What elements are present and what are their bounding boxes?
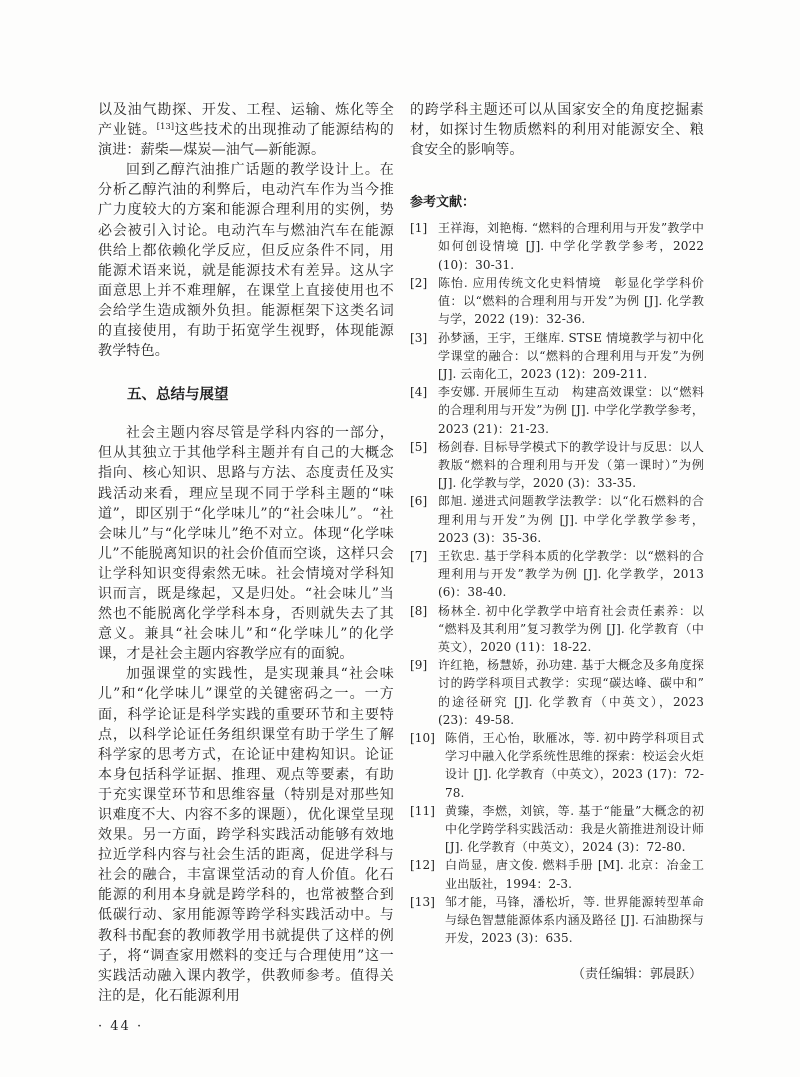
reference-number: [7] [410, 547, 427, 565]
reference-item: [5]杨剑春. 目标导学模式下的教学设计与反思：以人教版“燃料的合理利用与开发（… [410, 438, 704, 493]
reference-item: [4]李安娜. 开展师生互动 构建高效课堂：以“燃料的合理利用与开发”为例 [J… [410, 383, 704, 438]
reference-item: [12]白尚显，唐文俊. 燃料手册 [M]. 北京：冶金工业出版社，1994：2… [410, 856, 704, 892]
reference-number: [8] [410, 602, 427, 620]
reference-number: [2] [410, 274, 427, 292]
reference-text: 孙梦涵，王宇，王继库. STSE 情境教学与初中化学课堂的融合：以“燃料的合理利… [438, 331, 704, 381]
reference-item: [11]黄臻，李燃，刘镔，等. 基于“能量”大概念的初中化学跨学科实践活动：我是… [410, 802, 704, 857]
reference-item: [1]王祥海，刘艳梅. “燃料的合理利用与开发”教学中如何创设情境 [J]. 中… [410, 219, 704, 274]
reference-text: 许红艳，杨慧娇，孙功建. 基于大概念及多角度探讨的跨学科项目式教学：实现“碳达峰… [438, 658, 704, 727]
editor-note: （责任编辑：郭晨跃） [410, 963, 704, 982]
reference-item: [2]陈怡. 应用传统文化史料情境 彰显化学学科价值：以“燃料的合理利用与开发”… [410, 274, 704, 329]
section-heading: 五、总结与展望 [98, 383, 394, 404]
reference-item: [13]邹才能，马锋，潘松圻，等. 世界能源转型革命与绿色智慧能源体系内涵及路径… [410, 893, 704, 948]
reference-number: [1] [410, 219, 427, 237]
right-column: 的跨学科主题还可以从国家安全的角度挖掘素材，如探讨生物质燃料的利用对能源安全、粮… [410, 100, 704, 982]
reference-item: [3]孙梦涵，王宇，王继库. STSE 情境教学与初中化学课堂的融合：以“燃料的… [410, 329, 704, 384]
reference-number: [13] [410, 893, 435, 911]
reference-number: [4] [410, 383, 427, 401]
paragraph: 回到乙醇汽油推广话题的教学设计上。在分析乙醇汽油的利弊后，电动汽车作为当今推广力… [98, 160, 394, 361]
reference-number: [5] [410, 438, 427, 456]
reference-text: 李安娜. 开展师生互动 构建高效课堂：以“燃料的合理利用与开发”为例 [J]. … [438, 385, 704, 435]
references-heading: 参考文献： [410, 191, 704, 210]
reference-text: 王钦忠. 基于学科本质的化学教学：以“燃料的合理利用与开发”教学为例 [J]. … [438, 549, 704, 599]
reference-text: 郎旭. 递进式问题教学法教学：以“化石燃料的合理利用与开发”为例 [J]. 中学… [438, 494, 704, 544]
reference-text: 黄臻，李燃，刘镔，等. 基于“能量”大概念的初中化学跨学科实践活动：我是火箭推进… [445, 804, 704, 854]
references-list: [1]王祥海，刘艳梅. “燃料的合理利用与开发”教学中如何创设情境 [J]. 中… [410, 219, 704, 947]
paragraph: 社会主题内容尽管是学科内容的一部分，但从其独立于其他学科主题并有自己的大概念指向… [98, 423, 394, 664]
reference-item: [9]许红艳，杨慧娇，孙功建. 基于大概念及多角度探讨的跨学科项目式教学：实现“… [410, 656, 704, 729]
reference-text: 杨林全. 初中化学教学中培育社会责任素养：以“燃料及其利用”复习教学为例 [J]… [438, 604, 704, 654]
reference-number: [9] [410, 656, 427, 674]
paragraph-continued: 的跨学科主题还可以从国家安全的角度挖掘素材，如探讨生物质燃料的利用对能源安全、粮… [410, 100, 704, 160]
reference-text: 邹才能，马锋，潘松圻，等. 世界能源转型革命与绿色智慧能源体系内涵及路径 [J]… [445, 895, 704, 945]
reference-item: [10]陈俏，王心怡，耿雁冰，等. 初中跨学科项目式学习中融入化学系统性思维的探… [410, 729, 704, 802]
reference-number: [11] [410, 802, 435, 820]
paragraph: 加强课堂的实践性，是实现兼具“社会味儿”和“化学味儿”课堂的关键密码之一。一方面… [98, 664, 394, 1006]
reference-number: [12] [410, 856, 435, 874]
citation-superscript: [13] [157, 122, 174, 132]
reference-number: [3] [410, 329, 427, 347]
reference-item: [8]杨林全. 初中化学教学中培育社会责任素养：以“燃料及其利用”复习教学为例 … [410, 602, 704, 657]
reference-text: 白尚显，唐文俊. 燃料手册 [M]. 北京：冶金工业出版社，1994：2-3. [445, 858, 704, 890]
reference-number: [6] [410, 492, 427, 510]
page-number: · 44 · [98, 1019, 394, 1034]
reference-number: [10] [410, 729, 435, 747]
reference-text: 杨剑春. 目标导学模式下的教学设计与反思：以人教版“燃料的合理利用与开发（第一课… [438, 440, 704, 490]
reference-text: 陈怡. 应用传统文化史料情境 彰显化学学科价值：以“燃料的合理利用与开发”为例 … [438, 276, 704, 326]
left-column: 以及油气勘探、开发、工程、运输、炼化等全产业链。[13]这些技术的出现推动了能源… [98, 100, 394, 1034]
paragraph-continued: 以及油气勘探、开发、工程、运输、炼化等全产业链。[13]这些技术的出现推动了能源… [98, 100, 394, 160]
reference-text: 陈俏，王心怡，耿雁冰，等. 初中跨学科项目式学习中融入化学系统性思维的探索：校运… [445, 731, 704, 800]
reference-item: [6]郎旭. 递进式问题教学法教学：以“化石燃料的合理利用与开发”为例 [J].… [410, 492, 704, 547]
reference-item: [7]王钦忠. 基于学科本质的化学教学：以“燃料的合理利用与开发”教学为例 [J… [410, 547, 704, 602]
reference-text: 王祥海，刘艳梅. “燃料的合理利用与开发”教学中如何创设情境 [J]. 中学化学… [438, 221, 704, 271]
